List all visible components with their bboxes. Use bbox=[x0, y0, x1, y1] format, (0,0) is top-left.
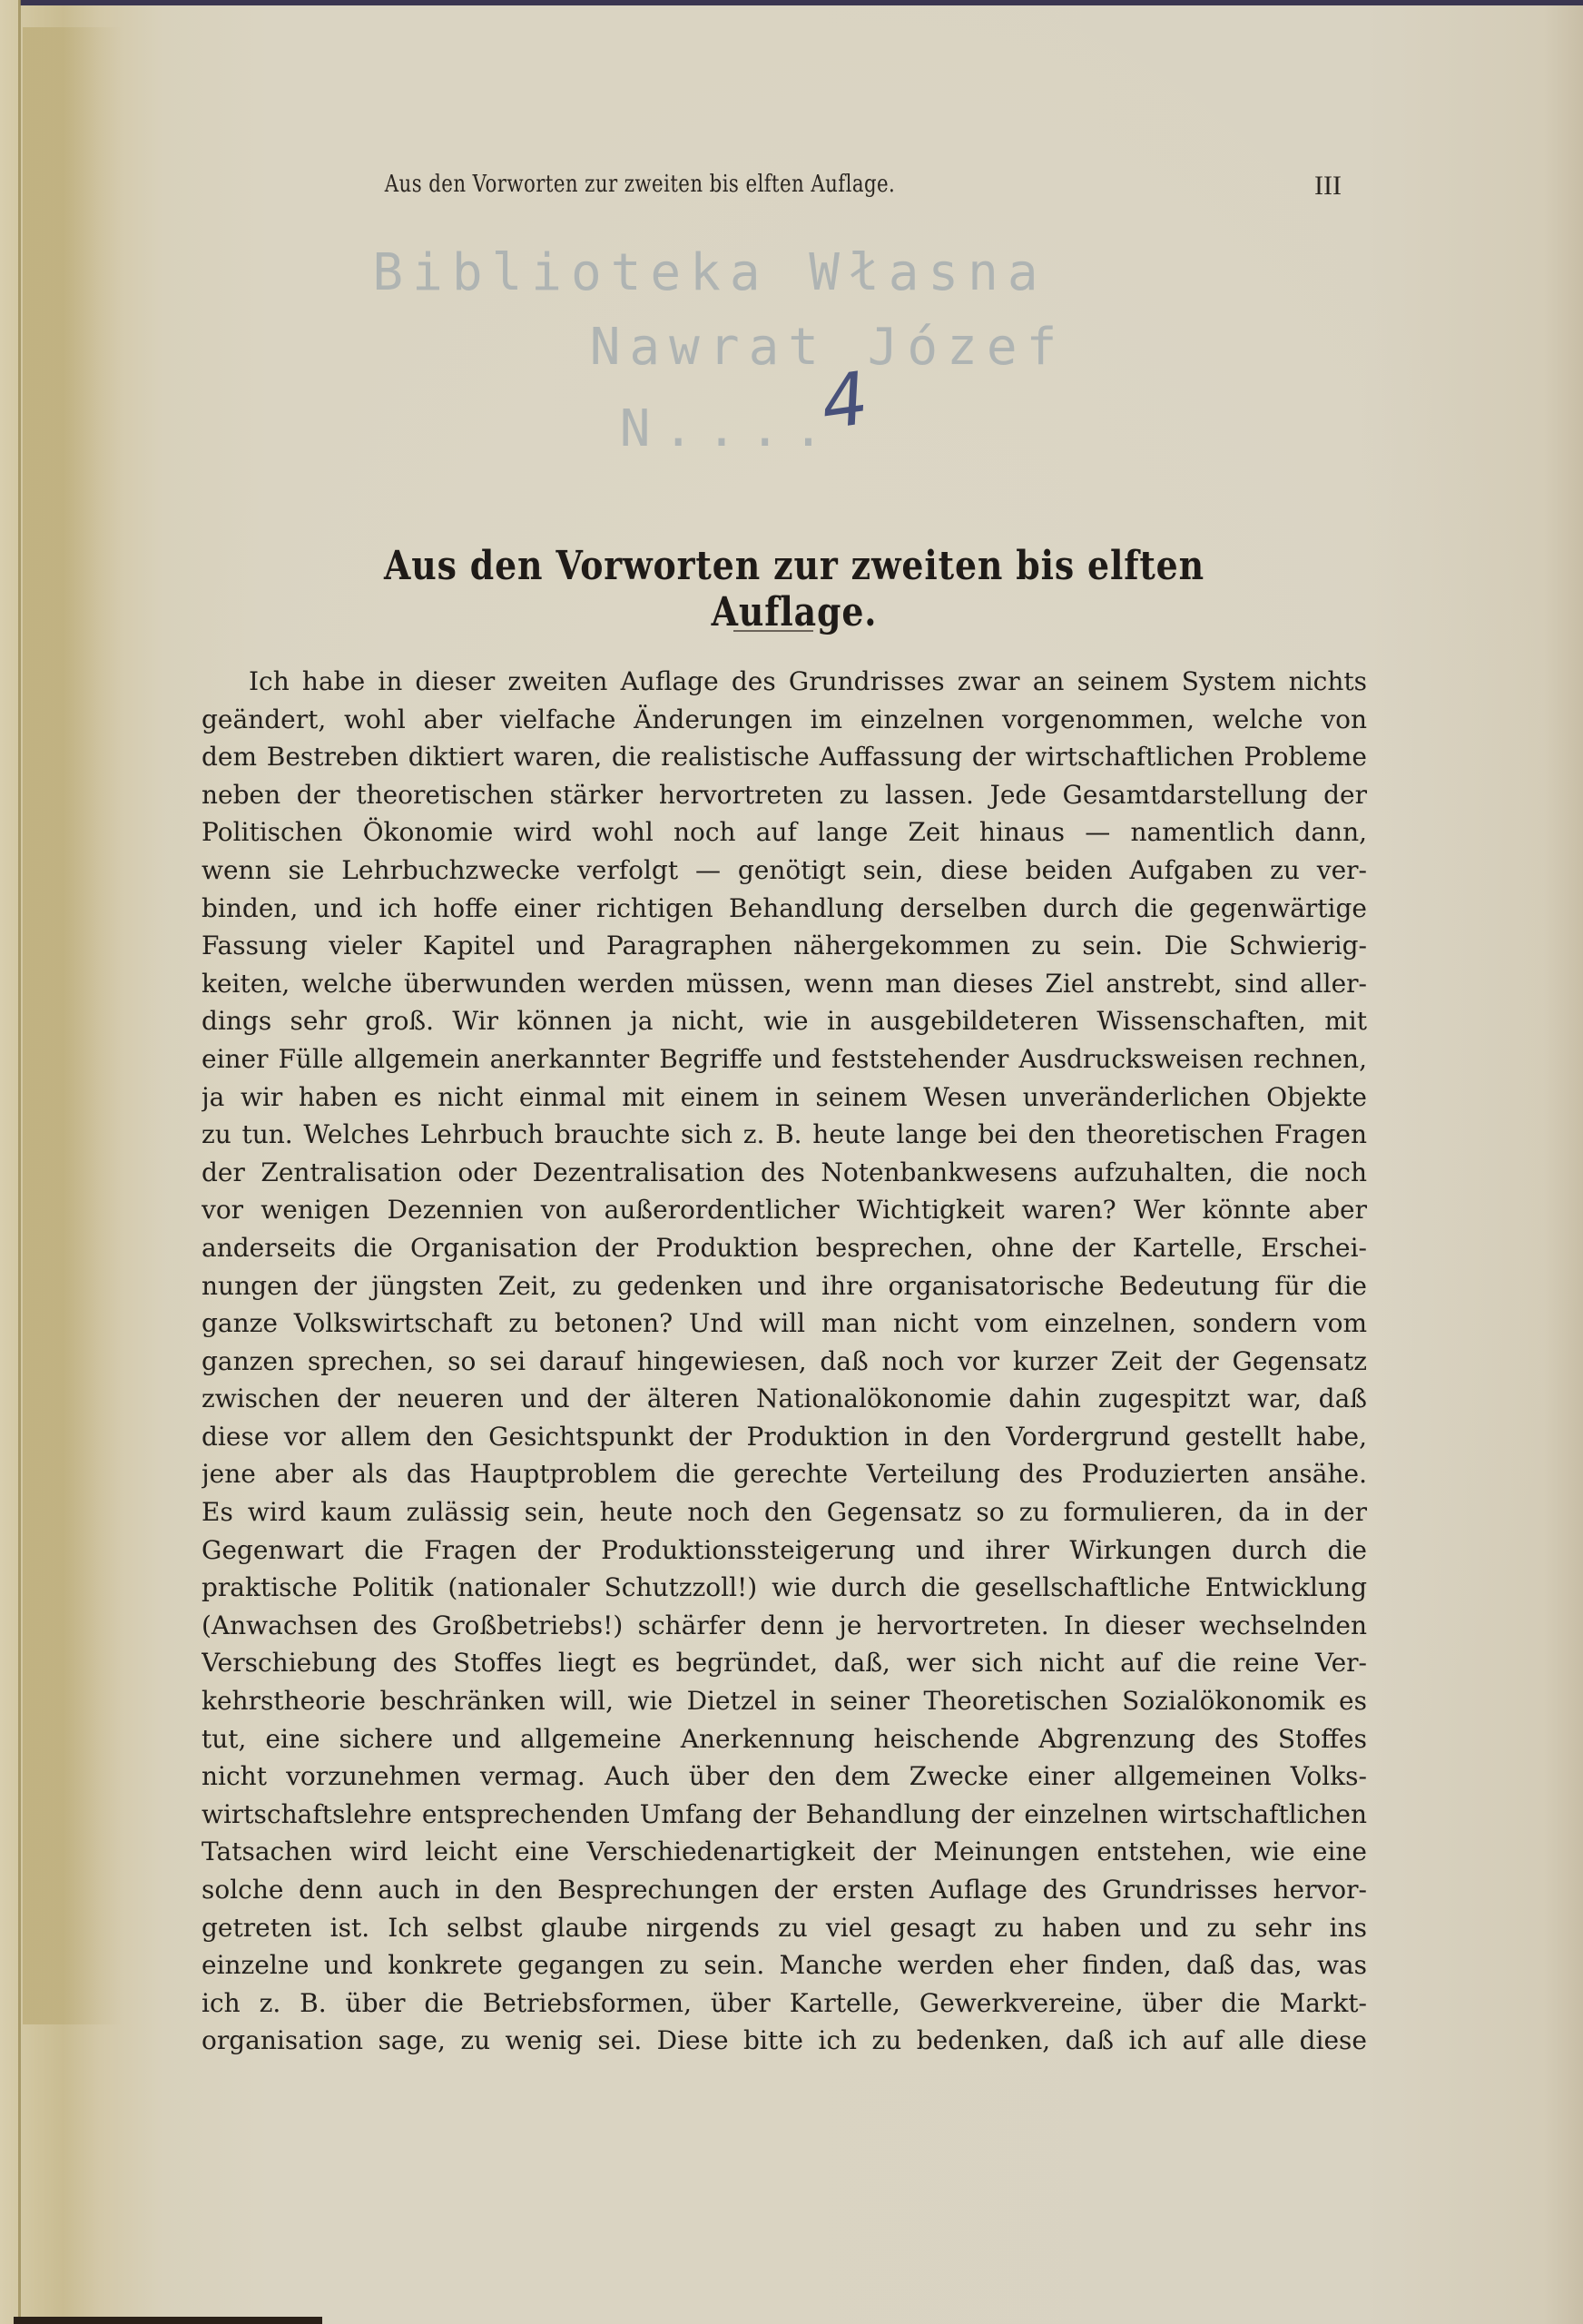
text-line: getreten ist. Ich selbst glaube nirgends… bbox=[202, 1909, 1367, 1947]
text-line: zwischen der neueren und der älteren Nat… bbox=[202, 1380, 1367, 1418]
section-title: Aus den Vorworten zur zweiten bis elften… bbox=[346, 543, 1244, 635]
text-line: Ich habe in dieser zweiten Auflage des G… bbox=[202, 663, 1367, 701]
library-stamp-line-3: N.... bbox=[0, 399, 1519, 458]
text-line: einzelne und konkrete gegangen zu sein. … bbox=[202, 1946, 1367, 1984]
book-page: Aus den Vorworten zur zweiten bis elften… bbox=[0, 0, 1583, 2324]
text-line: kehrstheorie beschränken will, wie Dietz… bbox=[202, 1682, 1367, 1720]
text-line: ganze Volkswirtschaft zu betonen? Und wi… bbox=[202, 1305, 1367, 1343]
text-line: (Anwachsen des Großbetriebs!) schärfer d… bbox=[202, 1607, 1367, 1645]
text-line: Es wird kaum zulässig sein, heute noch d… bbox=[202, 1493, 1367, 1531]
library-stamp-line-1: Biblioteka Własna bbox=[0, 243, 1501, 302]
text-line: zu tun. Welches Lehrbuch brauchte sich z… bbox=[202, 1116, 1367, 1154]
top-page-edge bbox=[20, 0, 1583, 5]
text-line: dem Bestreben diktiert waren, die realis… bbox=[202, 738, 1367, 776]
text-line: diese vor allem den Gesichtspunkt der Pr… bbox=[202, 1418, 1367, 1456]
text-line: tut, eine sichere und allgemeine Anerken… bbox=[202, 1720, 1367, 1758]
text-line: neben der theoretischen stärker hervortr… bbox=[202, 776, 1367, 814]
library-stamp-line-2: Nawrat Józef bbox=[36, 318, 1583, 377]
text-line: anderseits die Organisation der Produkti… bbox=[202, 1229, 1367, 1267]
text-line: der Zentralisation oder Dezentralisation… bbox=[202, 1154, 1367, 1192]
text-line: nicht vorzunehmen vermag. Auch über den … bbox=[202, 1758, 1367, 1796]
text-line: Politischen Ökonomie wird wohl noch auf … bbox=[202, 813, 1367, 852]
bottom-page-edge bbox=[14, 2317, 322, 2324]
body-text: Ich habe in dieser zweiten Auflage des G… bbox=[202, 663, 1367, 2060]
text-line: vor wenigen Dezennien von außerordentlic… bbox=[202, 1191, 1367, 1229]
text-line: Tatsachen wird leicht eine Verschiedenar… bbox=[202, 1833, 1367, 1871]
text-line: praktische Politik (nationaler Schutzzol… bbox=[202, 1569, 1367, 1607]
text-line: organisation sage, zu wenig sei. Diese b… bbox=[202, 2022, 1367, 2060]
text-line: einer Fülle allgemein anerkannter Begrif… bbox=[202, 1040, 1367, 1078]
text-line: nungen der jüngsten Zeit, zu gedenken un… bbox=[202, 1267, 1367, 1305]
text-line: ganzen sprechen, so sei darauf hingewies… bbox=[202, 1343, 1367, 1381]
text-line: binden, und ich hoffe einer richtigen Be… bbox=[202, 890, 1367, 928]
text-line: ja wir haben es nicht einmal mit einem i… bbox=[202, 1078, 1367, 1117]
running-header: Aus den Vorworten zur zweiten bis elften… bbox=[264, 171, 1016, 198]
text-line: dings sehr groß. Wir können ja nicht, wi… bbox=[202, 1002, 1367, 1040]
text-line: keiten, welche überwunden werden müssen,… bbox=[202, 965, 1367, 1003]
text-line: ich z. B. über die Betriebsformen, über … bbox=[202, 1984, 1367, 2023]
text-line: solche denn auch in den Besprechungen de… bbox=[202, 1871, 1367, 1909]
title-divider bbox=[733, 630, 813, 632]
text-line: wenn sie Lehrbuchzwecke verfolgt — genöt… bbox=[202, 852, 1367, 890]
text-line: jene aber als das Hauptproblem die gerec… bbox=[202, 1455, 1367, 1493]
text-line: Verschiebung des Stoffes liegt es begrün… bbox=[202, 1644, 1367, 1682]
binding-gutter bbox=[18, 0, 21, 2324]
text-line: Gegenwart die Fragen der Produktionsstei… bbox=[202, 1531, 1367, 1570]
page-number: III bbox=[1314, 171, 1342, 202]
text-line: Fassung vieler Kapitel und Paragraphen n… bbox=[202, 927, 1367, 965]
text-line: wirtschaftslehre entsprechenden Umfang d… bbox=[202, 1796, 1367, 1834]
text-line: geändert, wohl aber vielfache Änderungen… bbox=[202, 701, 1367, 739]
